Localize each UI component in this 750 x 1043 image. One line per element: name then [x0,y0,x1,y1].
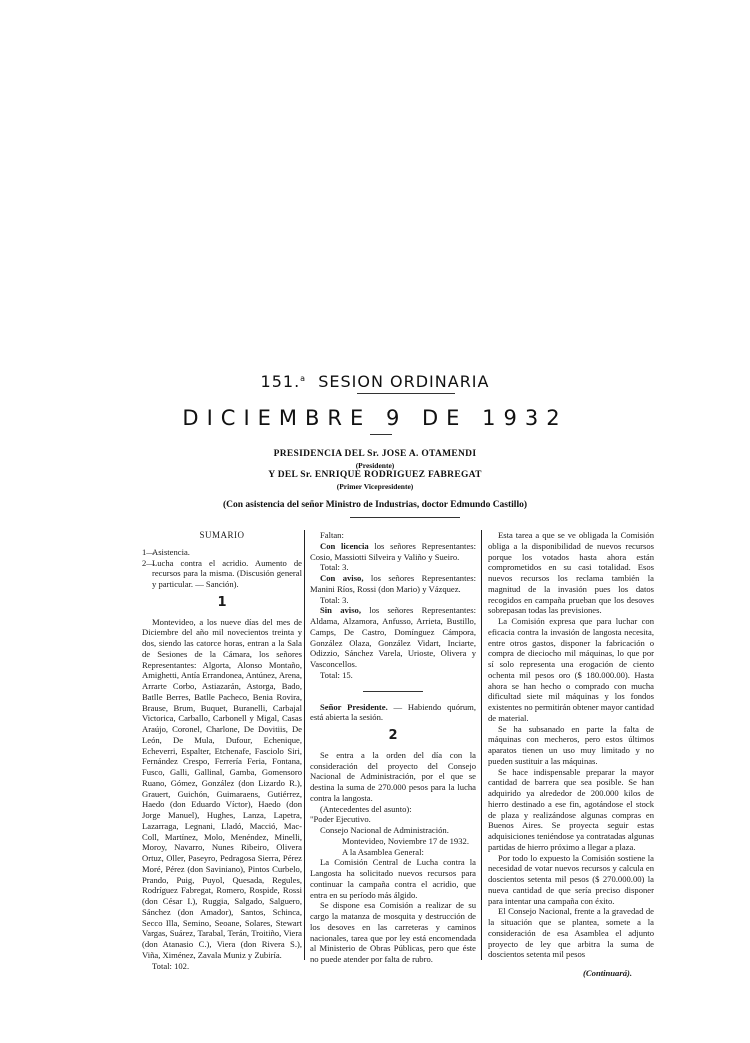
column-1: SUMARIO 1— Asistencia. 2— Lucha contra e… [142,530,302,971]
absent-with-leave-total: Total: 3. [310,562,476,573]
date-underline [370,434,392,435]
speaker-label: Señor Presidente. [320,702,388,712]
presidency-line-2: Y DEL Sr. ENRIQUE RODRIGUEZ FABREGAT [0,470,750,480]
poder-ejecutivo: "Poder Ejecutivo. [310,814,476,825]
session-date: DICIEMBRE 9 DE 1932 [0,406,750,430]
section-number-2: 2 [310,731,476,742]
absent-with-notice-total: Total: 3. [310,595,476,606]
column-2: Faltan: Con licencia los señores Represe… [310,530,476,965]
opening-paragraph: Montevideo, a los nueve días del mes de … [142,617,302,961]
quorum-statement: Señor Presidente. — Habiendo quórum, est… [310,702,476,724]
letter-paragraph-2: Se dispone esa Comisión a realizar de su… [310,900,476,965]
absent-without-notice-total: Total: 15. [310,670,476,681]
column-divider-1 [304,530,305,960]
letter-paragraph-6: Se hace indispensable preparar la mayor … [488,767,654,853]
continued-note: (Continuará). [488,968,654,979]
sumario-item-text: Lucha contra el acridio. Aumento de recu… [152,558,302,590]
absent-with-leave: Con licencia los señores Representantes:… [310,541,476,563]
letter-paragraph-8: El Consejo Nacional, frente a la graveda… [488,906,654,960]
session-number-sup: a [300,374,306,383]
section-number-1: 1 [142,598,302,609]
session-number: 151. [261,372,301,391]
absent-with-notice-label: Con aviso, [320,573,364,583]
sumario-title: SUMARIO [142,530,302,541]
consejo-nacional: Consejo Nacional de Administración. [310,825,476,836]
letter-paragraph-3: Esta tarea a que se ve obligada la Comis… [488,530,654,616]
absent-without-notice-label: Sin aviso, [320,605,361,615]
session-title: 151.a SESION ORDINARIA [0,372,750,391]
letter-paragraph-1: La Comisión Central de Lucha contra la L… [310,857,476,900]
sumario-item-text: Asistencia. [152,547,190,557]
presidency-role-1: (Presidente) [0,461,750,470]
attendance-note: (Con asistencia del señor Ministro de In… [0,500,750,510]
column-3: Esta tarea a que se ve obligada la Comis… [488,530,654,979]
column-divider-2 [481,530,482,960]
title-underline [357,393,455,394]
absent-heading: Faltan: [310,530,476,541]
sumario-item-2: 2— Lucha contra el acridio. Aumento de r… [142,558,302,590]
present-total: Total: 102. [142,961,302,972]
order-of-day-intro: Se entra a la orden del día con la consi… [310,750,476,804]
antecedentes-label: (Antecedentes del asunto): [310,804,476,815]
letter-addressee: A la Asamblea General: [310,847,476,858]
letter-paragraph-5: Se ha subsanado en parte la falta de máq… [488,724,654,767]
absent-with-leave-label: Con licencia [320,541,369,551]
session-label: SESION ORDINARIA [318,372,489,391]
presidency-role-2: (Primer Vicepresidente) [0,482,750,491]
letter-paragraph-4: La Comisión expresa que para luchar con … [488,616,654,724]
letter-date: Montevideo, Noviembre 17 de 1932. [310,836,476,847]
sumario-item-1: 1— Asistencia. [142,547,302,558]
separator-rule [363,691,423,692]
absent-without-notice: Sin aviso, los señores Representantes: A… [310,605,476,670]
document-page: 151.a SESION ORDINARIA DICIEMBRE 9 DE 19… [0,0,750,1043]
attendance-underline [350,517,460,518]
presidency-line-1: PRESIDENCIA DEL Sr. JOSE A. OTAMENDI [0,449,750,459]
absent-with-notice: Con aviso, los señores Representantes: M… [310,573,476,595]
letter-paragraph-7: Por todo lo expuesto la Comisión sostien… [488,853,654,907]
sumario-item-number: 1— [142,547,155,558]
sumario-item-number: 2— [142,558,155,569]
